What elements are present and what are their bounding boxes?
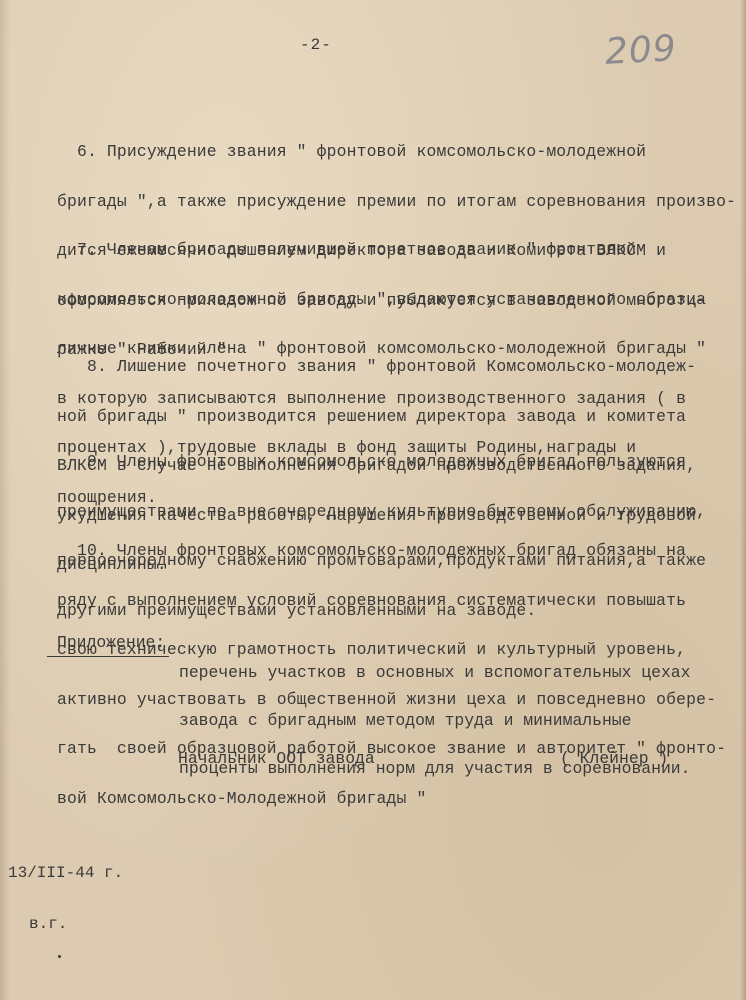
appendix-line: завода с бригадным методом труда и миним…: [179, 713, 690, 729]
date-stamp: 13/III-44 г. в.г.: [8, 831, 123, 967]
signature-title: Начальник ООТ завода: [178, 749, 375, 768]
appendix-text: перечень участков в основных и вспомогат…: [179, 633, 690, 809]
handwritten-archive-number: 209: [604, 28, 678, 73]
signature-name: ( Клейнер ): [560, 749, 668, 768]
appendix-label: Приложение:: [57, 633, 165, 652]
paragraph-line: бригады ",а также присуждение премии по …: [57, 194, 737, 211]
paragraph-line: 6. Присуждение звания " фронтовой комсом…: [57, 144, 737, 161]
typist-initials: в.г.: [8, 916, 123, 933]
page-number: -2-: [300, 36, 332, 54]
appendix-underline: [47, 656, 169, 657]
paragraph-line: 7. Членам бригады получившей почетное зв…: [57, 242, 737, 259]
paragraph-line: 9. Члены фронтовых комсомольско-молодежн…: [57, 454, 737, 471]
paragraph-line: 10. Члены фронтовых комсомольско-молодеж…: [57, 543, 737, 560]
paragraph-line: ряду с выполнением условий соревнования …: [57, 593, 737, 610]
document-page: -2- 209 6. Присуждение звания " фронтово…: [0, 0, 746, 1000]
appendix-line: перечень участков в основных и вспомогат…: [179, 665, 690, 681]
document-date: 13/III-44 г.: [8, 865, 123, 882]
page-edge-shadow: [740, 0, 746, 1000]
paragraph-line: комсомольско-молодежной бригады ",выдают…: [57, 292, 737, 309]
paragraph-line: 8. Лишение почетного звания " фронтовой …: [57, 359, 737, 376]
paper-speck: [58, 955, 61, 958]
